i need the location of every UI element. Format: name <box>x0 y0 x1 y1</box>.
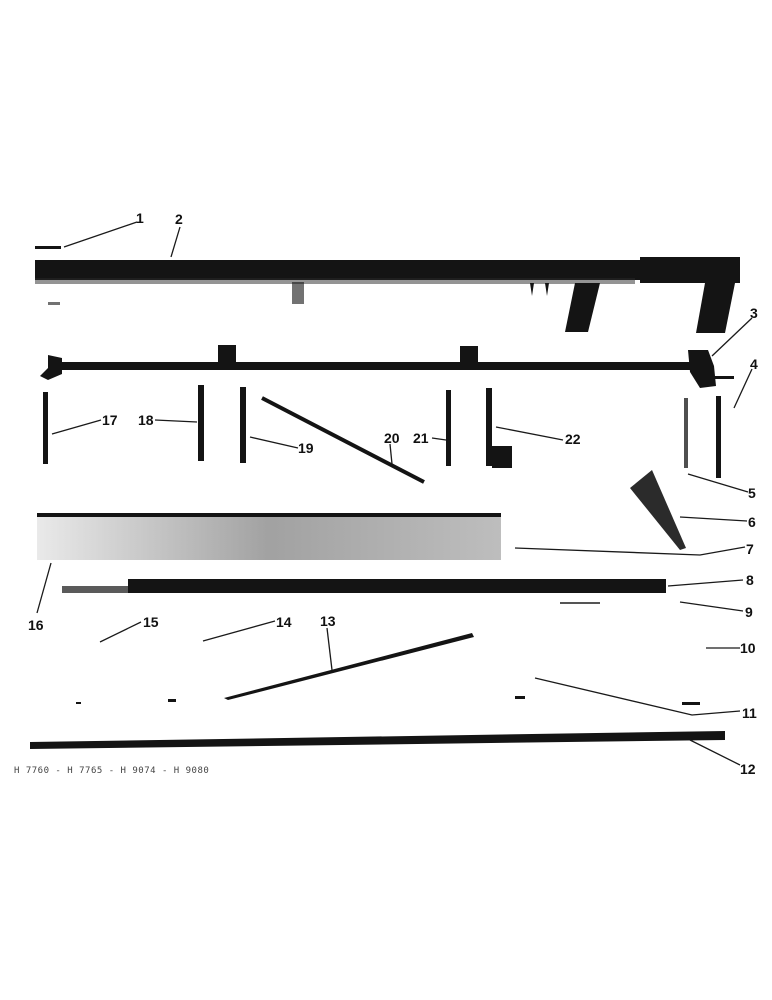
callout-12: 12 <box>740 761 756 777</box>
callout-2: 2 <box>175 211 183 227</box>
part-20-rod <box>262 398 424 482</box>
callout-1: 1 <box>136 210 144 226</box>
part-9 <box>560 602 600 604</box>
part-15 <box>76 702 81 704</box>
part-14 <box>168 699 176 702</box>
callout-14: 14 <box>276 614 292 630</box>
callout-3: 3 <box>750 305 758 321</box>
callout-6: 6 <box>748 514 756 530</box>
callout-16: 16 <box>28 617 44 633</box>
callout-18: 18 <box>138 412 154 428</box>
part-8-bar <box>62 579 666 593</box>
callout-8: 8 <box>746 572 754 588</box>
part-5 <box>684 398 688 468</box>
part-7-plate <box>37 513 501 560</box>
callout-9: 9 <box>745 604 753 620</box>
part-6-wedge <box>630 470 686 550</box>
callout-22: 22 <box>565 431 581 447</box>
part-12-bar <box>30 731 725 749</box>
callout-10: 10 <box>740 640 756 656</box>
callout-20: 20 <box>384 430 400 446</box>
part-1 <box>35 246 61 249</box>
part-4 <box>716 396 721 478</box>
callout-17: 17 <box>102 412 118 428</box>
part-18 <box>198 385 204 461</box>
part-3-shaft <box>40 345 734 388</box>
part-17 <box>43 392 48 464</box>
part-10 <box>682 702 700 705</box>
callout-5: 5 <box>748 485 756 501</box>
callout-11: 11 <box>742 705 757 721</box>
part-19 <box>240 387 246 463</box>
parts-diagram: 1 2 3 4 5 6 7 8 9 10 11 12 13 14 15 16 1… <box>0 0 772 1000</box>
callout-15: 15 <box>143 614 159 630</box>
callout-21: 21 <box>413 430 429 446</box>
part-2-frame-bar <box>35 257 740 333</box>
model-numbers-footer: H 7760 - H 7765 - H 9074 - H 9080 <box>14 766 209 776</box>
callout-4: 4 <box>750 356 758 372</box>
part-13-rod <box>224 633 474 700</box>
part-21 <box>446 390 451 466</box>
callout-19: 19 <box>298 440 314 456</box>
part-11 <box>515 696 525 699</box>
callout-7: 7 <box>746 541 754 557</box>
callout-13: 13 <box>320 613 336 629</box>
